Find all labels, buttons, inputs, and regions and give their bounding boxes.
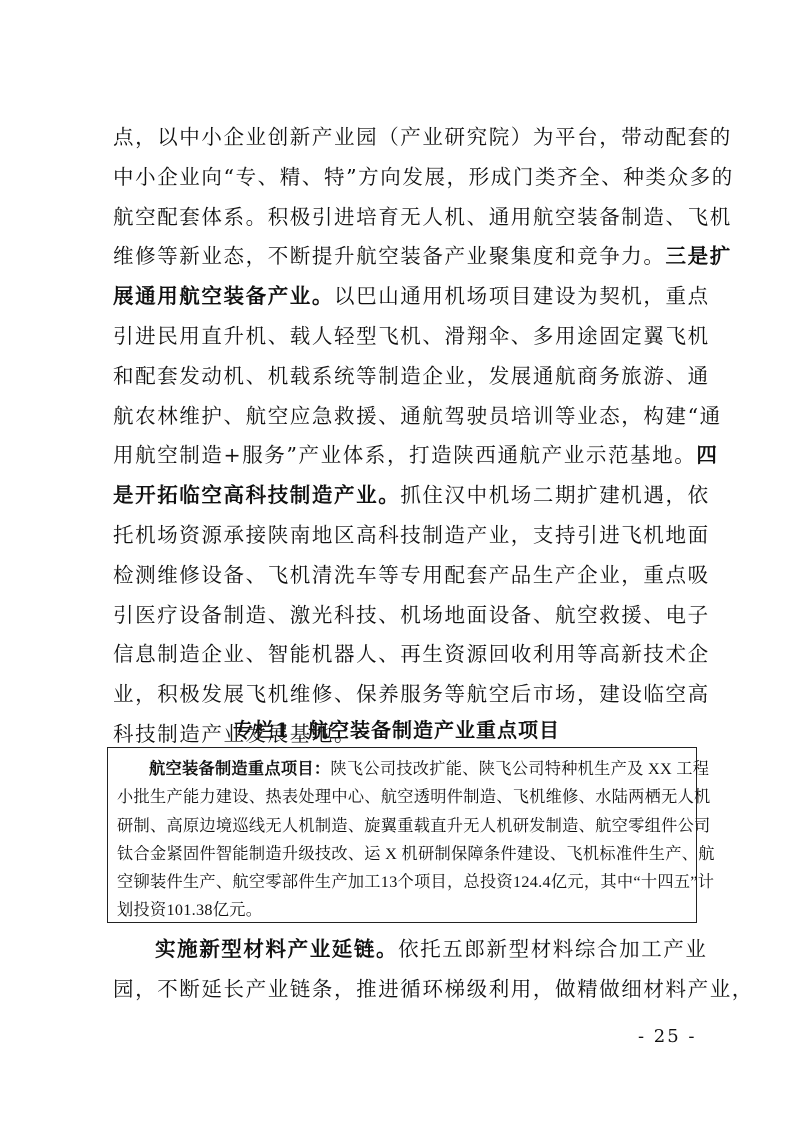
column-box-number: 专栏1 xyxy=(233,718,290,742)
box-line: 划投资101.38亿元。 xyxy=(117,896,688,924)
text-line: 园，不断延长产业链条，推进循环梯级利用，做精做细材料产业， xyxy=(113,969,703,1009)
paragraph-aviation-industry: 点，以中小企业创新产业园（产业研究院）为平台，带动配套的 中小企业向“专、精、特… xyxy=(113,118,703,755)
page-number: - 25 - xyxy=(638,1026,697,1047)
column-box-heading: 航空装备制造产业重点项目 xyxy=(308,718,560,742)
bold-heading-fragment: 三是扩 xyxy=(666,244,732,268)
text-line: 航空配套体系。积极引进培育无人机、通用航空装备制造、飞机 xyxy=(113,198,703,238)
column-box-title: 专栏1航空装备制造产业重点项目 xyxy=(0,714,793,743)
text-line: 和配套发动机、机载系统等制造企业，发展通航商务旅游、通 xyxy=(113,357,703,397)
text-line: 是开拓临空高科技制造产业。抓住汉中机场二期扩建机遇，依 xyxy=(113,476,703,516)
text-line: 维修等新业态，不断提升航空装备产业聚集度和竞争力。三是扩 xyxy=(113,237,703,277)
bold-heading-fragment: 四 xyxy=(696,443,718,467)
document-page: 点，以中小企业创新产业园（产业研究院）为平台，带动配套的 中小企业向“专、精、特… xyxy=(0,0,793,1122)
text-line: 信息制造企业、智能机器人、再生资源回收利用等高新技术企 xyxy=(113,635,703,675)
text-line: 引医疗设备制造、激光科技、机场地面设备、航空救援、电子 xyxy=(113,596,703,636)
text-line: 实施新型材料产业延链。依托五郎新型材料综合加工产业 xyxy=(113,929,703,969)
text-line: 引进民用直升机、载人轻型飞机、滑翔伞、多用途固定翼飞机 xyxy=(113,317,703,357)
text-line: 托机场资源承接陕南地区高科技制造产业，支持引进飞机地面 xyxy=(113,516,703,556)
box-line: 小批生产能力建设、热表处理中心、航空透明件制造、飞机维修、水陆两栖无人机 xyxy=(117,783,688,811)
column-box-content: 航空装备制造重点项目：陕飞公司技改扩能、陕飞公司特种机生产及 XX 工程 小批生… xyxy=(117,755,688,925)
bold-heading-fragment: 是开拓临空高科技制造产业。 xyxy=(113,483,400,507)
text-line: 检测维修设备、飞机清洗车等专用配套产品生产企业，重点吸 xyxy=(113,556,703,596)
box-lead-label: 航空装备制造重点项目： xyxy=(149,760,330,778)
box-line: 空铆装件生产、航空零部件生产加工13个项目，总投资124.4亿元，其中“十四五”… xyxy=(117,868,688,896)
text-line: 用航空制造+服务”产业体系，打造陕西通航产业示范基地。四 xyxy=(113,436,703,476)
text-line: 点，以中小企业创新产业园（产业研究院）为平台，带动配套的 xyxy=(113,118,703,158)
bold-heading-fragment: 展通用航空装备产业。 xyxy=(113,284,334,308)
box-line: 研制、高原边境巡线无人机制造、旋翼重载直升无人机研发制造、航空零组件公司 xyxy=(117,812,688,840)
box-line: 航空装备制造重点项目：陕飞公司技改扩能、陕飞公司特种机生产及 XX 工程 xyxy=(117,755,688,783)
box-line: 钛合金紧固件智能制造升级技改、运 X 机研制保障条件建设、飞机标准件生产、航 xyxy=(117,840,688,868)
text-line: 业，积极发展飞机维修、保养服务等航空后市场，建设临空高 xyxy=(113,675,703,715)
paragraph-new-materials: 实施新型材料产业延链。依托五郎新型材料综合加工产业 园，不断延长产业链条，推进循… xyxy=(113,929,703,1009)
text-line: 中小企业向“专、精、特”方向发展，形成门类齐全、种类众多的 xyxy=(113,158,703,198)
bold-heading-fragment: 实施新型材料产业延链。 xyxy=(155,937,398,961)
text-line: 展通用航空装备产业。以巴山通用机场项目建设为契机，重点 xyxy=(113,277,703,317)
text-line: 航农林维护、航空应急救援、通航驾驶员培训等业态，构建“通 xyxy=(113,397,703,437)
column-box: 航空装备制造重点项目：陕飞公司技改扩能、陕飞公司特种机生产及 XX 工程 小批生… xyxy=(107,747,697,923)
